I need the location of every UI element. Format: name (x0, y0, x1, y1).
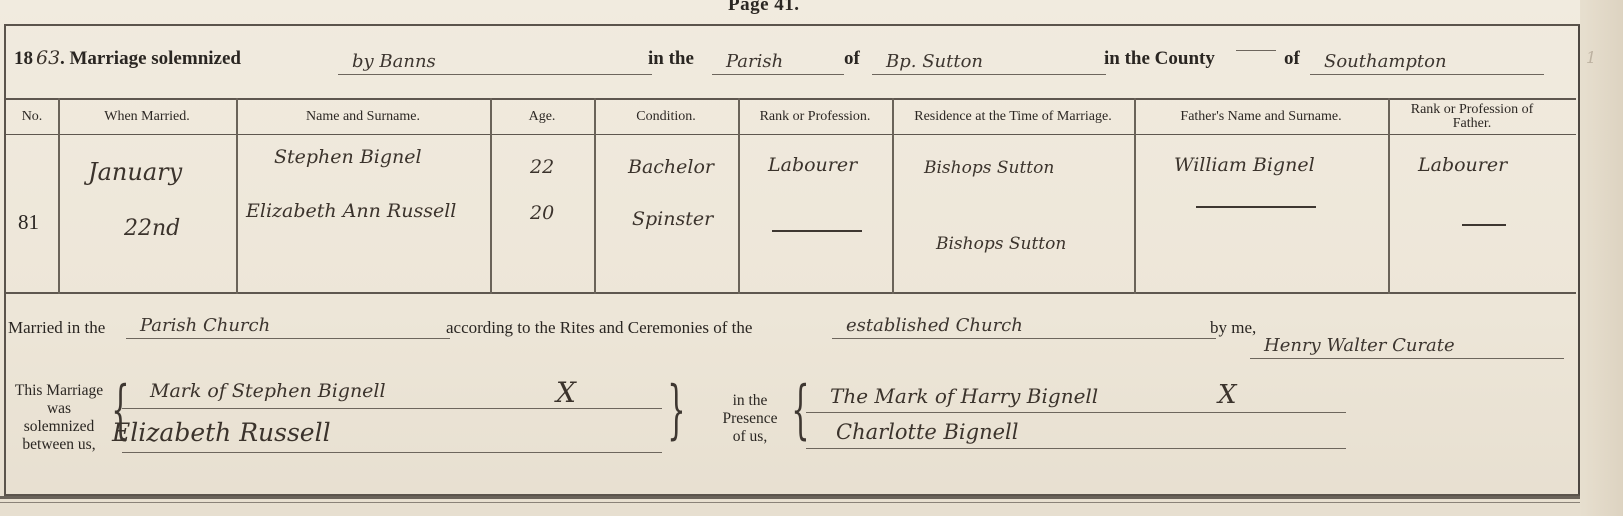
party-2-signature: Elizabeth Russell (112, 418, 331, 447)
officiant-field: Henry Walter Curate (1250, 334, 1564, 359)
groom-age: 22 (530, 156, 554, 178)
groom-residence: Bishops Sutton (924, 158, 1054, 178)
column-header-father-name: Father's Name and Surname. (1134, 100, 1388, 134)
presence-label: in the Presence of us, (710, 392, 790, 446)
witness-1-signature: The Mark of Harry Bignell (830, 384, 1098, 408)
between-us-label: This Marriage was solemnized between us, (6, 382, 112, 454)
married-place-field: Parish Church (126, 314, 450, 339)
when-married-month: January (88, 158, 182, 186)
married-in-label: Married in the (8, 318, 105, 338)
groom-father-name: William Bignel (1174, 154, 1315, 176)
of-label: of (844, 48, 860, 70)
county-field: Southampton (1310, 50, 1544, 75)
groom-father-rank: Labourer (1418, 154, 1507, 176)
groom-rank: Labourer (768, 154, 857, 176)
column-header-when-married: When Married. (58, 100, 236, 134)
party-1-signature-line (122, 408, 662, 409)
table-bottom-rule (6, 292, 1576, 294)
register-page: Page 41. 18 63 . Marriage solemnized by … (0, 0, 1623, 516)
column-header-no: No. (6, 100, 58, 134)
witness-2-signature: Charlotte Bignell (836, 420, 1018, 444)
column-header-name: Name and Surname. (236, 100, 490, 134)
party-1-signature: Mark of Stephen Bignell (150, 380, 386, 402)
witness-1-mark: X (1218, 380, 1237, 410)
bride-age: 20 (530, 202, 554, 224)
bride-rank-dash (772, 230, 862, 232)
in-the-label: in the (648, 48, 694, 70)
bride-father-dash (1196, 206, 1316, 208)
label-line: solemnized (6, 418, 112, 436)
column-header-age: Age. (490, 100, 594, 134)
label-line: between us, (6, 436, 112, 454)
county-filler (1236, 50, 1276, 51)
marriage-solemnized-label: . Marriage solemnized (60, 48, 241, 70)
bride-father-rank-dash (1462, 224, 1506, 226)
bleed-through-text: 1 (1586, 48, 1596, 67)
year-prefix: 18 (14, 48, 33, 70)
bottom-rule-thin (0, 502, 1623, 503)
bride-condition: Spinster (632, 208, 713, 230)
witness-2-signature-line (806, 448, 1346, 449)
by-field: by Banns (338, 50, 652, 75)
column-header-rank: Rank or Profession. (738, 100, 892, 134)
according-label: according to the Rites and Ceremonies of… (446, 318, 752, 338)
district-field: Parish (712, 50, 844, 75)
groom-name: Stephen Bignel (274, 146, 422, 168)
bride-name: Elizabeth Ann Russell (246, 200, 456, 222)
entry-number: 81 (18, 210, 39, 235)
column-header-father-rank: Rank or Profession of Father. (1388, 100, 1556, 134)
bottom-rule (0, 496, 1623, 499)
year-suffix: 63 (36, 47, 60, 69)
column-header-residence: Residence at the Time of Marriage. (892, 100, 1134, 134)
column-header-condition: Condition. (594, 100, 738, 134)
label-line: was (6, 400, 112, 418)
label-line: in the (710, 392, 790, 410)
right-brace: } (667, 378, 685, 442)
bride-residence: Bishops Sutton (936, 234, 1066, 254)
label-line: This Marriage (6, 382, 112, 400)
party-2-signature-line (122, 452, 662, 453)
marriage-register-table: No. When Married. Name and Surname. Age.… (6, 98, 1576, 294)
county-of-label: of (1284, 48, 1300, 70)
groom-condition: Bachelor (628, 156, 714, 178)
in-county-label: in the County (1104, 48, 1215, 70)
when-married-day: 22nd (124, 216, 180, 241)
label-line: of us, (710, 428, 790, 446)
church-field: established Church (832, 314, 1216, 339)
witness-brace: { (791, 378, 809, 442)
label-line: Presence (710, 410, 790, 428)
witness-1-signature-line (806, 412, 1346, 413)
place-field: Bp. Sutton (872, 50, 1106, 75)
table-header-rule (6, 134, 1576, 135)
page-title: Page 41. (728, 0, 800, 16)
adjacent-page-edge: 1 (1580, 0, 1623, 516)
party-1-mark: X (556, 376, 576, 409)
